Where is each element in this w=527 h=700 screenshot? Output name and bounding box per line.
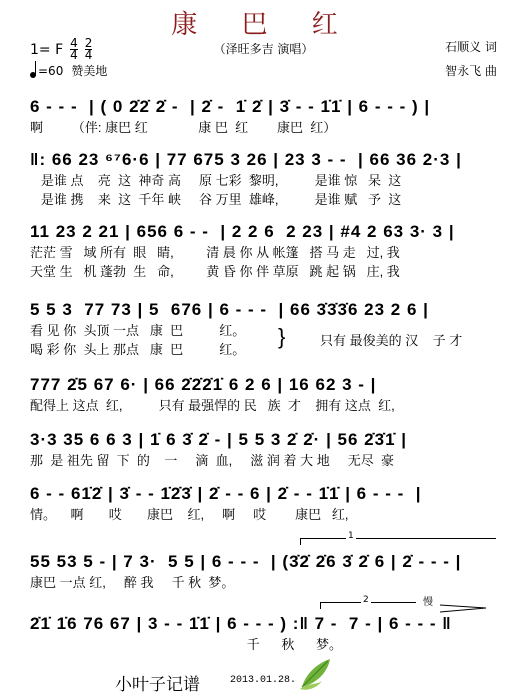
- lyric: 配得上 这点 红, 只有 最强悍的 民 族 才 拥有 这点 红,: [30, 395, 500, 414]
- score-line-5: 777 2̇5 67 6· | 66 2̇2̇2̇1̇ 6 2 6 | 16 6…: [30, 375, 500, 414]
- expression: 赞美地: [71, 62, 107, 79]
- second-ending-bracket: 2: [320, 602, 416, 609]
- notation: 777 2̇5 67 6· | 66 2̇2̇2̇1̇ 6 2 6 | 16 6…: [30, 375, 500, 395]
- first-ending-bracket: 1: [300, 538, 496, 545]
- notation: ‖: 66 23 ⁶⁷6·6 | 77 675 3 26 | 23 3 - - …: [30, 150, 500, 170]
- score-line-4: 5 5 3 77 73 | 5 676 | 6 - - - | 66 3̇3̇3…: [30, 300, 500, 358]
- score-line-7: 6 - - 61̇2̇ | 3̇ - - 1̇2̇3̇ | 2̇ - - 6 |…: [30, 484, 500, 523]
- notation: 5 5 3 77 73 | 5 676 | 6 - - - | 66 3̇3̇3…: [30, 300, 500, 320]
- lyric: 情。 啊 哎 康巴 红, 啊 哎 康巴 红,: [30, 504, 500, 523]
- lyric: 康巴 一点 红, 醉 我 千 秋 梦。: [30, 572, 500, 591]
- notation: 3·3 35 6 6 3 | 1̇ 6 3̇ 2̇ - | 5 5 3 2̇ 2…: [30, 430, 500, 450]
- lyric-verse-2: 是谁 携 来 这 千年 峡 谷 万里 雄峰, 是谁 赋 予 这: [30, 189, 500, 208]
- lyric-shared: 只有 最俊美的 汉 子 才: [320, 330, 462, 349]
- tempo-marking: =60 赞美地: [30, 62, 107, 79]
- lyric: 啊 （伴: 康巴 红 康 巴 红 康巴 红）: [30, 117, 500, 136]
- lyric-verse-1: 是谁 点 亮 这 神奇 高 原 七彩 黎明, 是谁 惊 呆 这: [30, 170, 500, 189]
- score-line-9: 2̇1̇ 1̇6 76 67 | 3 - - 1̇1̇ | 6 - - - ) …: [30, 614, 500, 653]
- signature: 小叶子记谱: [115, 670, 200, 695]
- key-label: 1= F: [30, 42, 63, 58]
- lyricist: 石顺义 词: [445, 38, 497, 55]
- lyric-verse-1: 茫茫 雪 域 所有 眼 睛, 清 晨 你 从 帐篷 搭 马 走 过, 我: [30, 242, 500, 261]
- score-line-1: 6 - - - | ( 0 2̇2̇ 2̇ - | 2̇ - 1̇ 2̇ | 3…: [30, 97, 500, 136]
- tempo-expression: 慢: [423, 593, 433, 608]
- lyric: 那 是 祖先 留 下 的 一 滴 血, 滋 润 着 大 地 无尽 豪: [30, 450, 500, 469]
- score-line-3: 11 23 2 21 | 656 6 - - | 2 2 6 2 23 | #4…: [30, 222, 500, 280]
- time-signature-2: 2 4: [85, 38, 93, 61]
- score-line-6: 3·3 35 6 6 3 | 1̇ 6 3̇ 2̇ - | 5 5 3 2̇ 2…: [30, 430, 500, 469]
- score-line-8: 55 53 5 - | 7 3· 5 5 | 6 - - - | (3̇2̇ 2…: [30, 552, 500, 591]
- key-signature: 1= F 4 4 2 4: [30, 38, 92, 61]
- date: 2013.01.28.: [230, 675, 296, 686]
- decrescendo-icon: [440, 604, 488, 614]
- notation: 2̇1̇ 1̇6 76 67 | 3 - - 1̇1̇ | 6 - - - ) …: [30, 614, 500, 634]
- notation: 11 23 2 21 | 656 6 - - | 2 2 6 2 23 | #4…: [30, 222, 500, 242]
- lyric-verse-2: 天堂 生 机 蓬勃 生 命, 黄 昏 你 伴 草原 跳 起 锅 庄, 我: [30, 261, 500, 280]
- notation: 6 - - 61̇2̇ | 3̇ - - 1̇2̇3̇ | 2̇ - - 6 |…: [30, 484, 500, 504]
- brace-icon: }: [278, 324, 285, 350]
- score-line-2: ‖: 66 23 ⁶⁷6·6 | 77 675 3 26 | 23 3 - - …: [30, 150, 500, 208]
- leaf-icon: [298, 655, 334, 691]
- time-signature-1: 4 4: [70, 38, 78, 61]
- composer: 智永飞 曲: [445, 62, 497, 79]
- quarter-note-icon: [30, 72, 36, 78]
- notation: 6 - - - | ( 0 2̇2̇ 2̇ - | 2̇ - 1̇ 2̇ | 3…: [30, 97, 500, 117]
- song-title: 康 巴 红: [0, 4, 527, 41]
- notation: 55 53 5 - | 7 3· 5 5 | 6 - - - | (3̇2̇ 2…: [30, 552, 500, 572]
- lyric: 千 秋 梦。: [30, 634, 500, 653]
